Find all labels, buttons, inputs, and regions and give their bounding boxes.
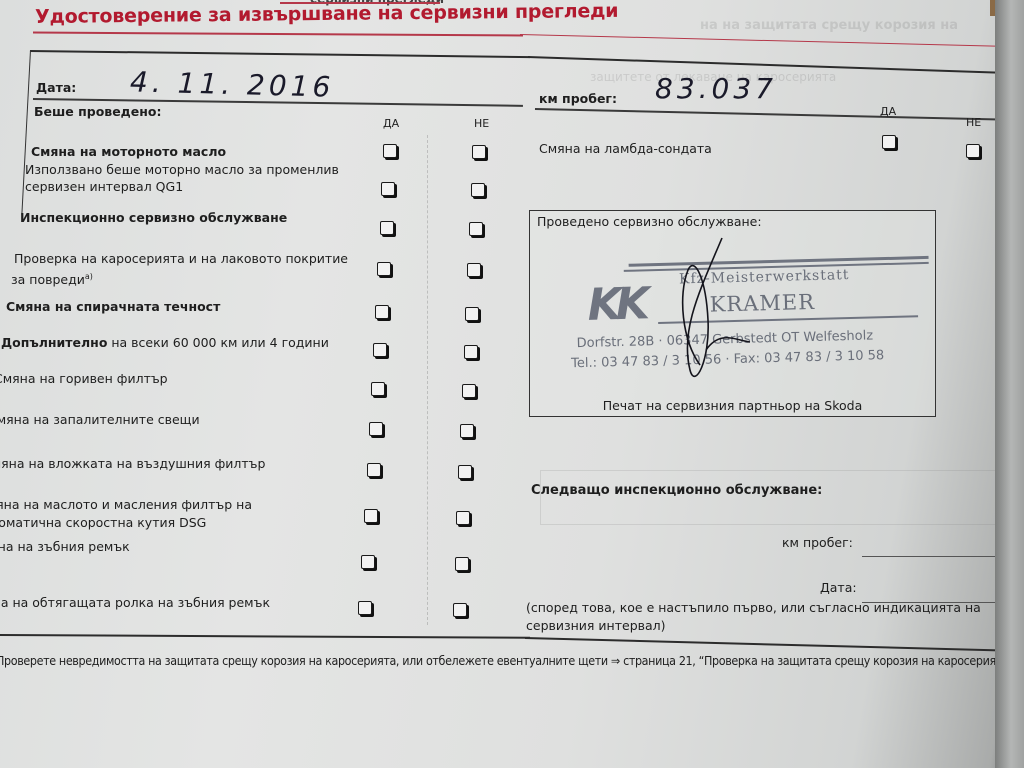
checkbox-no[interactable] <box>465 307 479 321</box>
checkbox-yes[interactable] <box>367 463 381 477</box>
item-label: Допълнително на всеки 60 000 км или 4 го… <box>1 334 329 351</box>
checkbox-yes[interactable] <box>882 135 896 149</box>
no-column-header: НЕ <box>474 117 489 130</box>
next-service-note-2: сервизния интервал) <box>526 618 666 633</box>
checkbox-no[interactable] <box>472 145 486 159</box>
footer-note: Проверете невредимостта на защитата срещ… <box>0 654 1014 668</box>
item-label: автоматична скоростна кутия DSG <box>0 514 206 531</box>
mileage-field[interactable]: 83.037 <box>655 72 777 105</box>
checkbox-no[interactable] <box>456 511 470 525</box>
item-label: Смяна на ламбда-сондата <box>539 140 712 157</box>
yes-column-header: ДА <box>880 105 896 118</box>
item-label: Използвано беше моторно масло за променл… <box>25 161 339 178</box>
checkbox-no[interactable] <box>455 557 469 571</box>
service-record-page: на на защитата срещу корозия на защитете… <box>0 0 1024 768</box>
item-label: сервизен интервал QG1 <box>25 178 183 195</box>
next-page-edge <box>995 0 1024 768</box>
yes-column-header: ДА <box>383 117 399 130</box>
next-date-label: Дата: <box>820 580 857 595</box>
checkbox-no[interactable] <box>966 144 980 158</box>
date-field[interactable]: 4. 11. 2016 <box>130 65 335 103</box>
item-label: Смяна на зъбния ремък <box>0 538 130 555</box>
mileage-rule <box>535 108 1005 120</box>
item-label: за повредиa) <box>11 268 93 288</box>
item-label: Смяна на спирачната течност <box>6 298 220 315</box>
next-service-note: (според това, кое е настъпило първо, или… <box>526 600 981 615</box>
checkbox-yes[interactable] <box>380 221 394 235</box>
item-label: Смяна на горивен филтър <box>0 370 168 387</box>
checkbox-no[interactable] <box>462 384 476 398</box>
checkbox-no[interactable] <box>469 222 483 236</box>
checkbox-yes[interactable] <box>381 182 395 196</box>
stamp-caption: Печат на сервизния партньор на Skoda <box>530 398 935 413</box>
checkbox-yes[interactable] <box>358 601 372 615</box>
title-underline-right <box>520 34 1000 47</box>
next-mileage-label: км пробег: <box>782 535 853 550</box>
item-label: Проверка на каросерията и на лаковото по… <box>14 250 348 267</box>
stamp-logo: KK <box>587 278 645 330</box>
item-label: Смяна на обтягащата ролка на зъбния ремъ… <box>0 594 270 611</box>
checkbox-no[interactable] <box>471 183 485 197</box>
checkbox-no[interactable] <box>453 603 467 617</box>
next-service-area <box>540 470 1010 525</box>
checkbox-yes[interactable] <box>361 555 375 569</box>
frame-top-left <box>30 50 530 58</box>
mileage-label: км пробег: <box>539 91 617 106</box>
page-title: Удостоверение за извършване на сервизни … <box>35 0 618 28</box>
item-label: Смяна на запалителните свещи <box>0 411 200 428</box>
item-label: Смяна на моторното масло <box>31 143 226 160</box>
performed-label: Беше проведено: <box>34 104 161 119</box>
frame-bottom-left <box>0 634 530 638</box>
checkbox-yes[interactable] <box>375 305 389 319</box>
title-underline <box>33 32 523 37</box>
signature-icon <box>640 230 760 390</box>
checkbox-yes[interactable] <box>369 422 383 436</box>
item-label: Инспекционно сервизно обслужване <box>20 209 287 226</box>
column-divider <box>427 135 428 625</box>
bleed-through-text: на на защитата срещу корозия на <box>700 18 958 33</box>
checkbox-no[interactable] <box>467 263 481 277</box>
stamp-box-title: Проведено сервизно обслужване: <box>537 214 762 229</box>
no-column-header: НЕ <box>966 116 981 129</box>
checkbox-yes[interactable] <box>371 382 385 396</box>
checkbox-yes[interactable] <box>373 343 387 357</box>
date-label: Дата: <box>36 80 76 95</box>
checkbox-yes[interactable] <box>383 144 397 158</box>
checkbox-yes[interactable] <box>364 509 378 523</box>
item-label: Смяна на маслото и масления филтър на <box>0 496 252 513</box>
checkbox-yes[interactable] <box>377 262 391 276</box>
item-label: Смяна на вложката на въздушния филтър <box>0 455 265 472</box>
checkbox-no[interactable] <box>464 345 478 359</box>
frame-bottom-right <box>525 637 1024 652</box>
checkbox-no[interactable] <box>460 424 474 438</box>
checkbox-no[interactable] <box>458 465 472 479</box>
